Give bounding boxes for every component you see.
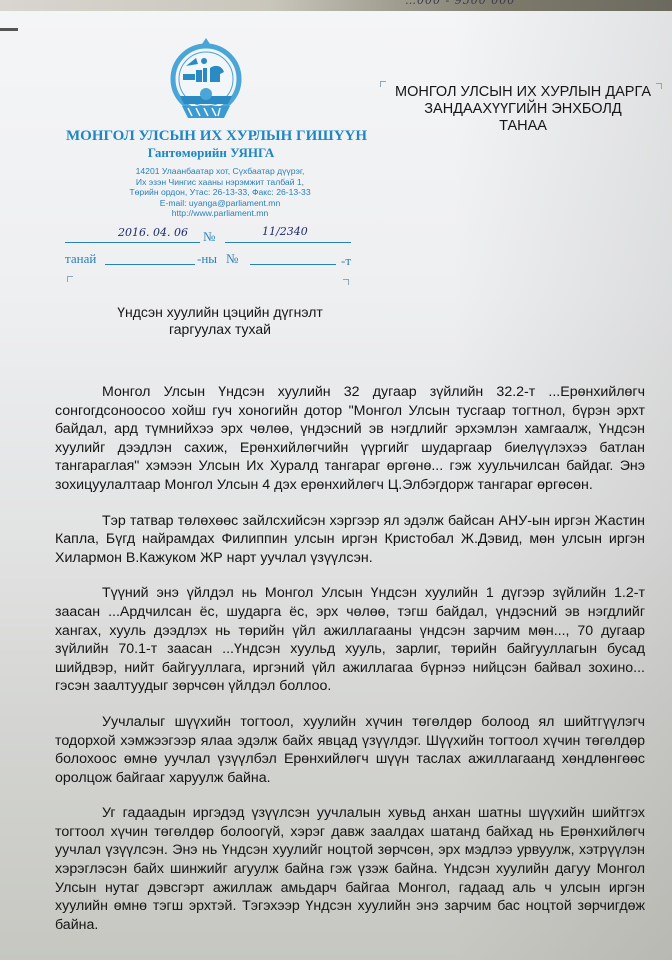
body-paragraph: Тэр татвар төлөхөөс зайлсхийсэн хэргээр … [55,512,645,568]
body-paragraph: Уучлалыг шүүхийн тогтоол, хуулийн хүчин … [55,713,645,787]
phone-line: Төрийн ордон, Утас: 26-13-33, Факс: 26-1… [100,187,340,198]
subject-heading: Үндсэн хуулийн цэцийн дүгнэлт гаргуулах … [100,304,340,338]
member-name: Гантөмөрийн УЯНГА [66,145,356,161]
website-line: http://www.parliament.mn [100,208,340,219]
addressee-salutation: ТАНАА [383,118,663,135]
ny-suffix: -ны [197,251,217,267]
t-suffix: -т [341,253,351,269]
handwritten-top-note: …000 - 9500 000 [405,0,515,7]
subject-line: гаргуулах тухай [100,321,340,338]
address-line: 14201 Улаанбаатар хот, Сүхбаатар дүүрэг, [100,166,340,177]
contact-block: 14201 Улаанбаатар хот, Сүхбаатар дүүрэг,… [100,166,340,219]
ref-number-line [250,264,336,265]
subject-bracket-right [343,279,349,285]
number-field-line [225,242,351,243]
addressee-title: МОНГОЛ УЛСЫН ИХ ХУРЛЫН ДАРГА [383,84,663,101]
body-paragraph: Монгол Улсын Үндсэн хуулийн 32 дугаар зү… [55,383,645,495]
number-label: № [203,229,215,245]
email-line: E-mail: uyanga@parliament.mn [100,198,340,209]
letter-body: Монгол Улсын Үндсэн хуулийн 32 дугаар зү… [55,383,645,951]
body-paragraph: Түүний энэ үйлдэл нь Монгол Улсын Үндсэн… [55,584,645,696]
number-label-2: № [226,251,238,267]
date-handwritten: 2016. 04. 06 [118,226,188,239]
addressee-name: ЗАНДААХҮҮГИЙН ЭНХБОЛД [383,101,663,118]
mongolia-emblem-icon [166,36,246,126]
subject-line: Үндсэн хуулийн цэцийн дүгнэлт [100,304,340,321]
paper-clip-edge [0,28,18,31]
number-handwritten: 11/2340 [262,225,308,238]
your-label: танай [65,251,96,267]
ref-date-line [105,264,195,265]
body-paragraph: Уг гадаадын иргэдэд үзүүлсэн уучлалын ху… [55,804,645,934]
subject-bracket-left [67,276,73,282]
address-line: Их эзэн Чингис хааны нэрэмжит талбай 1, [100,177,340,188]
date-field-line [65,242,200,243]
addressee-block: МОНГОЛ УЛСЫН ИХ ХУРЛЫН ДАРГА ЗАНДААХҮҮГИ… [383,84,663,135]
organization-title: МОНГОЛ УЛСЫН ИХ ХУРЛЫН ГИШҮҮН [66,128,356,145]
letter-page: МОНГОЛ УЛСЫН ИХ ХУРЛЫН ГИШҮҮН Гантөмөрий… [0,11,672,960]
